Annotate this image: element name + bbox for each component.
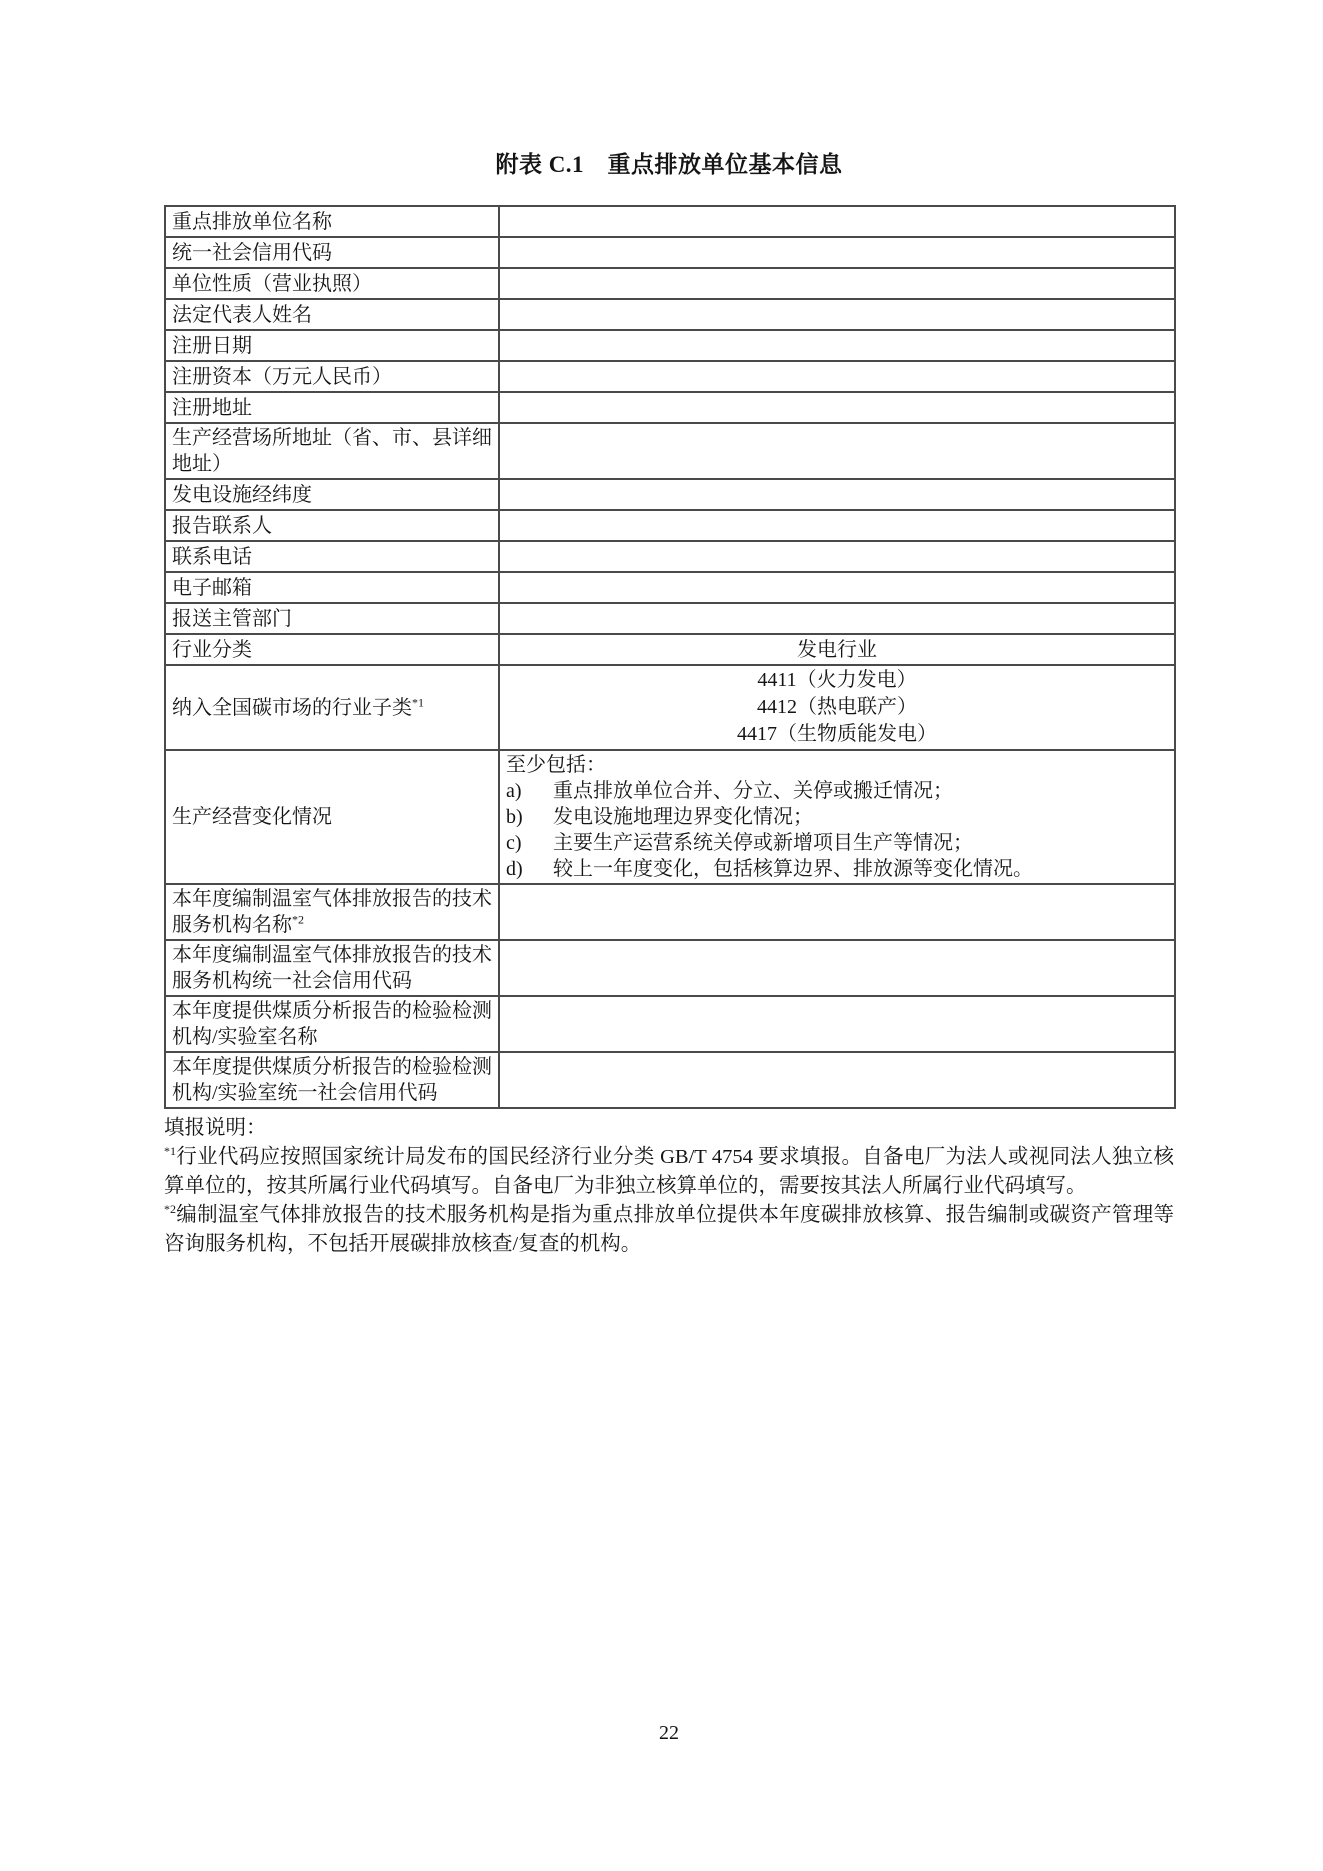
- page-title: 附表 C.1 重点排放单位基本信息: [164, 146, 1174, 179]
- content-area: 附表 C.1 重点排放单位基本信息 重点排放单位名称 统一社会信用代码 单位性质…: [164, 146, 1174, 1259]
- table-row: 生产经营场所地址（省、市、县详细地址）: [165, 423, 1175, 479]
- row-value: [499, 237, 1175, 268]
- table-row: 注册日期: [165, 330, 1175, 361]
- row-value: [499, 884, 1175, 940]
- row-label: 统一社会信用代码: [165, 237, 499, 268]
- row-label: 生产经营场所地址（省、市、县详细地址）: [165, 423, 499, 479]
- row-value: [499, 423, 1175, 479]
- row-value: [499, 1052, 1175, 1108]
- row-value: [499, 603, 1175, 634]
- row-label: 单位性质（营业执照）: [165, 268, 499, 299]
- row-label: 行业分类: [165, 634, 499, 665]
- row-value: [499, 940, 1175, 996]
- row-value: [499, 330, 1175, 361]
- row-label: 注册日期: [165, 330, 499, 361]
- table-row: 本年度编制温室气体排放报告的技术服务机构统一社会信用代码: [165, 940, 1175, 996]
- table-row: 发电设施经纬度: [165, 479, 1175, 510]
- row-value: [499, 392, 1175, 423]
- row-label: 报告联系人: [165, 510, 499, 541]
- row-label: 本年度提供煤质分析报告的检验检测机构/实验室名称: [165, 996, 499, 1052]
- filling-instructions: 填报说明： *1行业代码应按照国家统计局发布的国民经济行业分类 GB/T 475…: [164, 1114, 1174, 1259]
- footnote-2: *2编制温室气体排放报告的技术服务机构是指为重点排放单位提供本年度碳排放核算、报…: [164, 1201, 1174, 1259]
- row-value: 4411（火力发电） 4412（热电联产） 4417（生物质能发电）: [499, 665, 1175, 750]
- table-row: 本年度提供煤质分析报告的检验检测机构/实验室统一社会信用代码: [165, 1052, 1175, 1108]
- footnote-marker: *1: [164, 1144, 176, 1158]
- row-label: 发电设施经纬度: [165, 479, 499, 510]
- footnote-ref: *1: [412, 695, 424, 709]
- table-row: 纳入全国碳市场的行业子类*1 4411（火力发电） 4412（热电联产） 441…: [165, 665, 1175, 750]
- footnote-ref: *2: [292, 912, 304, 926]
- row-value: [499, 206, 1175, 237]
- table-row: 本年度编制温室气体排放报告的技术服务机构名称*2: [165, 884, 1175, 940]
- document-page: 附表 C.1 重点排放单位基本信息 重点排放单位名称 统一社会信用代码 单位性质…: [0, 0, 1323, 1871]
- row-label: 本年度编制温室气体排放报告的技术服务机构名称*2: [165, 884, 499, 940]
- row-label: 注册资本（万元人民币）: [165, 361, 499, 392]
- table-row: 行业分类 发电行业: [165, 634, 1175, 665]
- row-label: 注册地址: [165, 392, 499, 423]
- row-value: [499, 299, 1175, 330]
- table-row: 注册资本（万元人民币）: [165, 361, 1175, 392]
- basic-info-table: 重点排放单位名称 统一社会信用代码 单位性质（营业执照） 法定代表人姓名 注册日…: [164, 205, 1176, 1109]
- table-row: 本年度提供煤质分析报告的检验检测机构/实验室名称: [165, 996, 1175, 1052]
- page-number: 22: [164, 1722, 1174, 1745]
- row-value: [499, 541, 1175, 572]
- row-label: 报送主管部门: [165, 603, 499, 634]
- table-row: 重点排放单位名称: [165, 206, 1175, 237]
- table-row: 报告联系人: [165, 510, 1175, 541]
- table-row: 注册地址: [165, 392, 1175, 423]
- row-label: 本年度编制温室气体排放报告的技术服务机构统一社会信用代码: [165, 940, 499, 996]
- notes-heading: 填报说明：: [164, 1114, 1174, 1143]
- row-value: 至少包括： a)重点排放单位合并、分立、关停或搬迁情况； b)发电设施地理边界变…: [499, 750, 1175, 884]
- footnote-marker: *2: [164, 1202, 176, 1216]
- table-row: 统一社会信用代码: [165, 237, 1175, 268]
- table-row: 联系电话: [165, 541, 1175, 572]
- row-label: 重点排放单位名称: [165, 206, 499, 237]
- table-row: 生产经营变化情况 至少包括： a)重点排放单位合并、分立、关停或搬迁情况； b)…: [165, 750, 1175, 884]
- footnote-1: *1行业代码应按照国家统计局发布的国民经济行业分类 GB/T 4754 要求填报…: [164, 1143, 1174, 1201]
- row-value: [499, 572, 1175, 603]
- table-row: 电子邮箱: [165, 572, 1175, 603]
- row-value: 发电行业: [499, 634, 1175, 665]
- table-row: 法定代表人姓名: [165, 299, 1175, 330]
- row-value: [499, 479, 1175, 510]
- row-label: 联系电话: [165, 541, 499, 572]
- table-row: 报送主管部门: [165, 603, 1175, 634]
- row-value: [499, 510, 1175, 541]
- row-label: 生产经营变化情况: [165, 750, 499, 884]
- row-label: 本年度提供煤质分析报告的检验检测机构/实验室统一社会信用代码: [165, 1052, 499, 1108]
- row-value: [499, 361, 1175, 392]
- row-label: 电子邮箱: [165, 572, 499, 603]
- row-label: 法定代表人姓名: [165, 299, 499, 330]
- table-row: 单位性质（营业执照）: [165, 268, 1175, 299]
- row-value: [499, 996, 1175, 1052]
- row-value: [499, 268, 1175, 299]
- row-label: 纳入全国碳市场的行业子类*1: [165, 665, 499, 750]
